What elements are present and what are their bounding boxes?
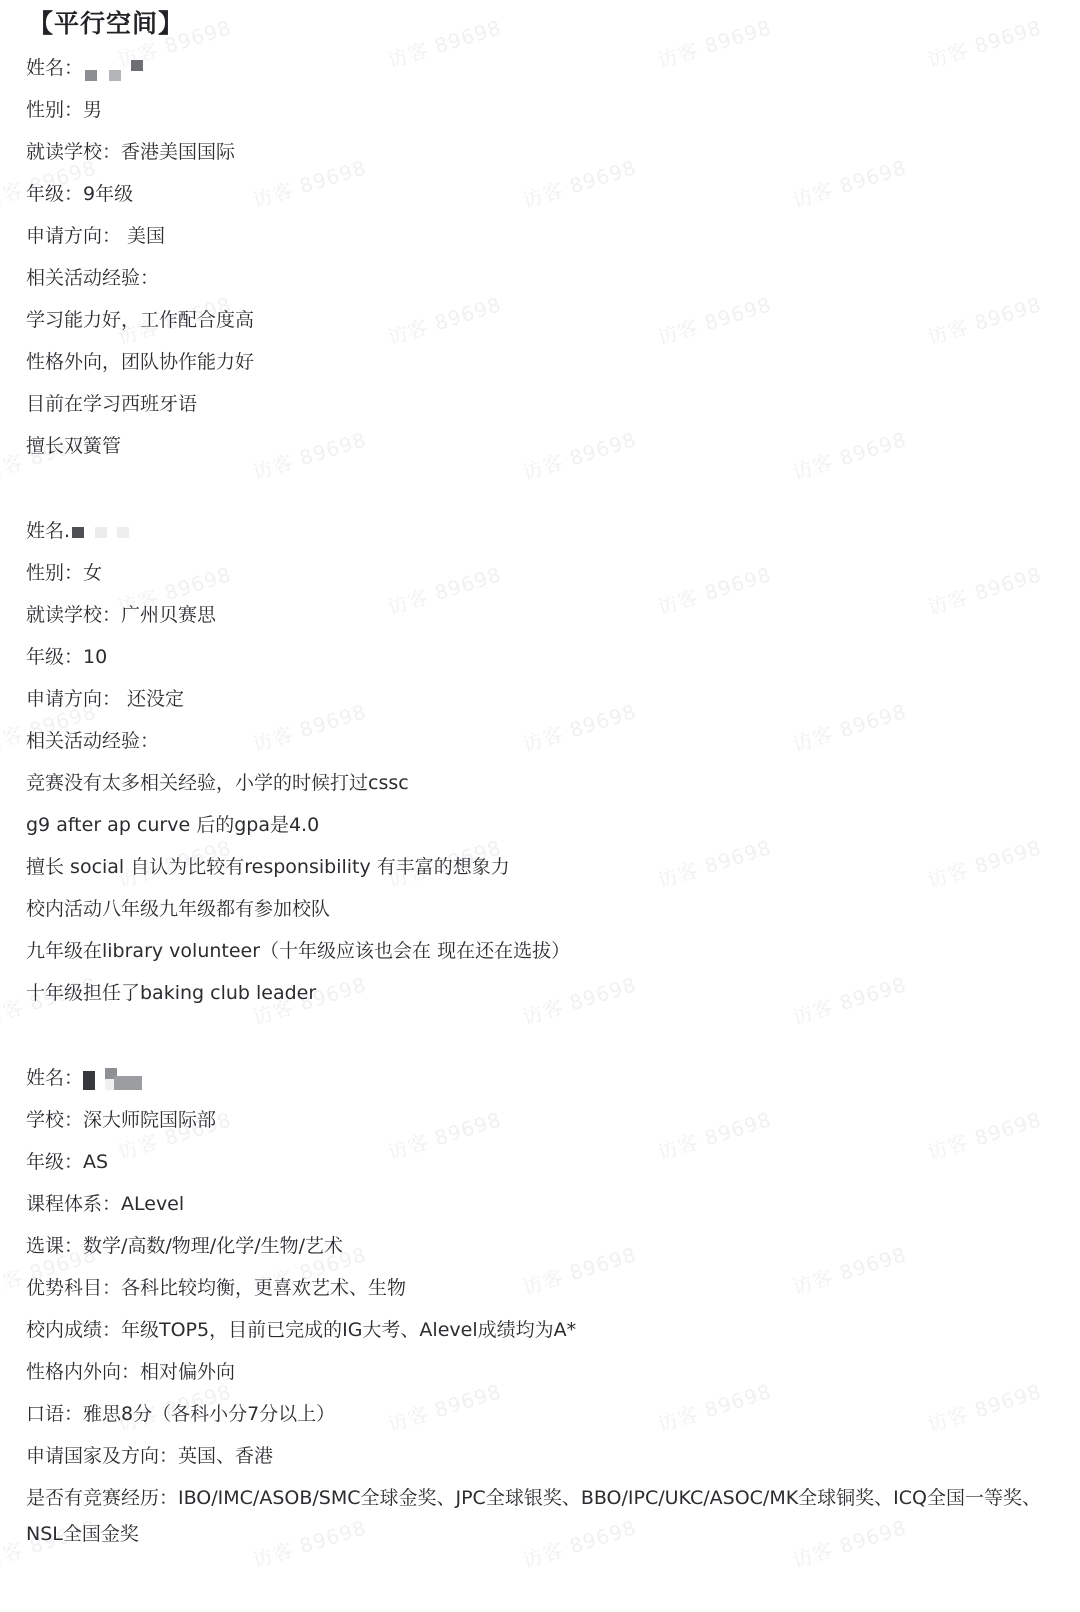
- name-field: 姓名.: [26, 518, 140, 545]
- name-field: 姓名：: [26, 1065, 153, 1092]
- activity-line: 十年级担任了baking club leader: [26, 980, 316, 1006]
- activity-line: 目前在学习西班牙语: [26, 391, 197, 417]
- watermark: 访客 89698: [383, 288, 504, 350]
- school-line: 就读学校：香港美国国际: [26, 139, 235, 165]
- watermark: 访客 89698: [518, 151, 639, 213]
- name-label: 姓名：: [26, 57, 83, 79]
- watermark: 访客 89698: [653, 831, 774, 893]
- grade-line: 年级：9年级: [26, 181, 133, 207]
- activity-line: 擅长双簧管: [26, 433, 121, 459]
- gender-line: 性别：男: [26, 97, 102, 123]
- watermark: 访客 89698: [653, 1375, 774, 1437]
- courses-line: 选课：数学/高数/物理/化学/生物/艺术: [26, 1233, 343, 1259]
- watermark: 访客 89698: [383, 11, 504, 73]
- gender-line: 性别：女: [26, 560, 102, 586]
- direction-line: 申请方向： 还没定: [26, 686, 184, 712]
- watermark: 访客 89698: [923, 1375, 1044, 1437]
- document-title: 【平行空间】: [28, 4, 184, 40]
- grade-line: 年级：10: [26, 644, 107, 670]
- activity-line: 九年级在library volunteer（十年级应该也会在 现在还在选拔）: [26, 938, 570, 964]
- redacted-name: [83, 1066, 153, 1092]
- watermark: 访客 89698: [383, 1375, 504, 1437]
- school-line: 学校：深大师院国际部: [26, 1107, 216, 1133]
- watermark: 访客 89698: [788, 423, 909, 485]
- activities-heading: 相关活动经验：: [26, 728, 159, 754]
- personality-line: 性格内外向：相对偏外向: [26, 1359, 235, 1385]
- watermark: 访客 89698: [248, 423, 369, 485]
- watermark: 访客 89698: [518, 968, 639, 1030]
- school-grades-line: 校内成绩：年级TOP5，目前已完成的IG大考、Alevel成绩均为A*: [26, 1317, 576, 1343]
- strong-subjects-line: 优势科目：各科比较均衡，更喜欢艺术、生物: [26, 1275, 406, 1301]
- watermark: 访客 89698: [923, 831, 1044, 893]
- activity-line: 学习能力好，工作配合度高: [26, 307, 254, 333]
- watermark: 访客 89698: [248, 695, 369, 757]
- activity-line: 竞赛没有太多相关经验，小学的时候打过cssc: [26, 770, 409, 796]
- watermark: 访客 89698: [788, 968, 909, 1030]
- watermark: 访客 89698: [788, 151, 909, 213]
- watermark: 访客 89698: [383, 1103, 504, 1165]
- watermark: 访客 89698: [653, 288, 774, 350]
- watermark: 访客 89698: [923, 1103, 1044, 1165]
- activity-line: 性格外向，团队协作能力好: [26, 349, 254, 375]
- activity-line: g9 after ap curve 后的gpa是4.0: [26, 812, 319, 838]
- watermark: 访客 89698: [923, 288, 1044, 350]
- school-line: 就读学校：广州贝赛思: [26, 602, 216, 628]
- watermark: 访客 89698: [518, 695, 639, 757]
- activity-line: 擅长 social 自认为比较有responsibility 有丰富的想象力: [26, 854, 510, 880]
- redacted-name: [70, 519, 140, 545]
- grade-line: 年级：AS: [26, 1149, 108, 1175]
- watermark: 访客 89698: [653, 1103, 774, 1165]
- watermark: 访客 89698: [653, 11, 774, 73]
- watermark: 访客 89698: [518, 423, 639, 485]
- name-field: 姓名：: [26, 55, 153, 82]
- name-label: 姓名：: [26, 1067, 83, 1089]
- watermark: 访客 89698: [788, 695, 909, 757]
- watermark: 访客 89698: [518, 1238, 639, 1300]
- watermark: 访客 89698: [923, 11, 1044, 73]
- watermark: 访客 89698: [788, 1238, 909, 1300]
- curriculum-line: 课程体系：ALevel: [26, 1191, 184, 1217]
- competitions-line: 是否有竞赛经历：IBO/IMC/ASOB/SMC全球金奖、JPC全球银奖、BBO…: [26, 1480, 1056, 1552]
- speaking-line: 口语：雅思8分（各科小分7分以上）: [26, 1401, 335, 1427]
- direction-line: 申请方向： 美国: [26, 223, 165, 249]
- target-countries-line: 申请国家及方向：英国、香港: [26, 1443, 273, 1469]
- name-label: 姓名.: [26, 520, 70, 542]
- watermark: 访客 89698: [248, 151, 369, 213]
- watermark: 访客 89698: [923, 558, 1044, 620]
- watermark: 访客 89698: [653, 558, 774, 620]
- watermark: 访客 89698: [383, 558, 504, 620]
- redacted-name: [83, 56, 153, 82]
- activities-heading: 相关活动经验：: [26, 265, 159, 291]
- activity-line: 校内活动八年级九年级都有参加校队: [26, 896, 330, 922]
